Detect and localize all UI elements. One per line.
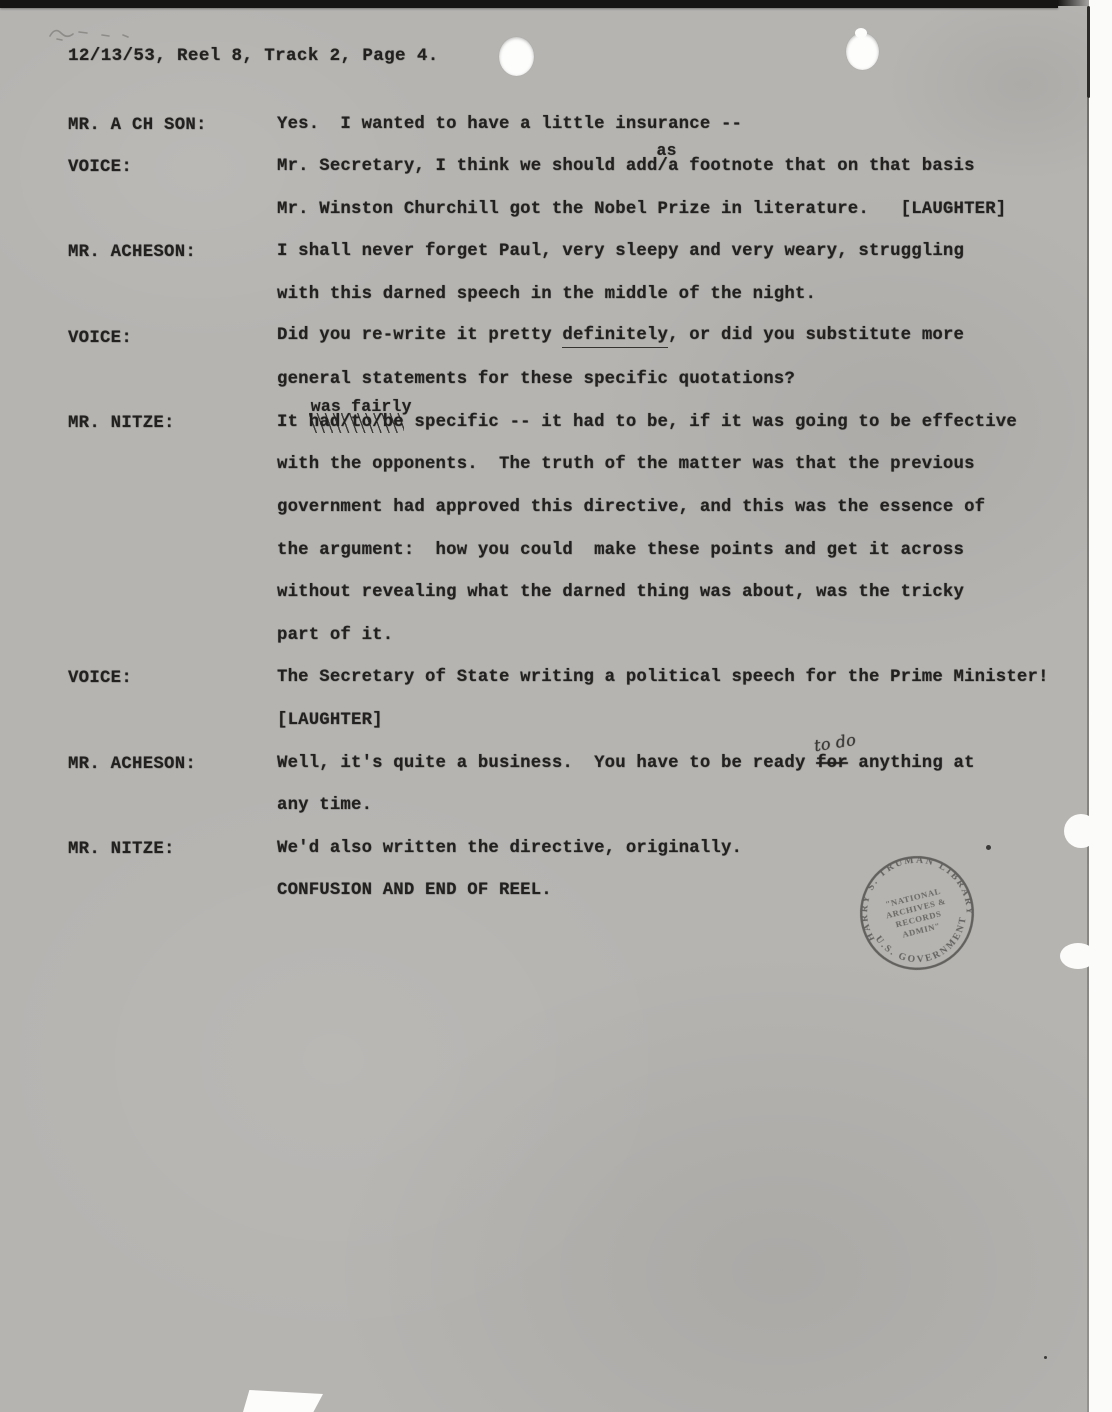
dialogue-line: Yes. I wanted to have a little insurance… xyxy=(277,115,742,135)
transcript-row: without revealing what the darned thing … xyxy=(0,569,1100,612)
ink-speck xyxy=(1044,1356,1047,1359)
dialogue-line: Did you re-write it pretty definitely, o… xyxy=(277,326,964,348)
segment-struck: forto do xyxy=(816,754,848,774)
speaker-label: MR. NITZE: xyxy=(68,840,175,859)
speaker-label: MR. ACHESON: xyxy=(68,755,196,774)
paper-right-edge-dark xyxy=(1087,6,1090,98)
speaker-label: VOICE: xyxy=(68,329,132,348)
hole-punch-right xyxy=(846,33,879,70)
dialogue-line: I shall never forget Paul, very sleepy a… xyxy=(277,242,964,262)
dialogue-line: the argument: how you could make these p… xyxy=(277,541,964,561)
inserted-note: as xyxy=(656,143,676,160)
pencil-mark xyxy=(46,20,166,46)
speaker-label: VOICE: xyxy=(68,669,132,688)
dialogue-line: It had/to/bewas fairly specific -- it ha… xyxy=(277,413,1017,433)
dialogue-line: We'd also written the directive, origina… xyxy=(277,839,742,859)
scan-top-edge-fade xyxy=(1058,0,1092,6)
speaker-label: MR. NITZE: xyxy=(68,414,175,433)
dialogue-line: part of it. xyxy=(277,626,393,646)
dialogue-line: with this darned speech in the middle of… xyxy=(277,285,816,305)
transcript-row: VOICE:Mr. Secretary, I think we should a… xyxy=(0,143,1100,186)
dialogue-line: CONFUSION AND END OF REEL. xyxy=(277,881,552,901)
dialogue-line: Well, it's quite a business. You have to… xyxy=(277,754,975,774)
dialogue-line: general statements for these specific qu… xyxy=(277,370,795,390)
hole-punch-left xyxy=(499,37,534,76)
transcript-row: [LAUGHTER] xyxy=(0,696,1100,739)
page-header: 12/13/53, Reel 8, Track 2, Page 4. xyxy=(68,46,439,66)
transcript-row: with this darned speech in the middle of… xyxy=(0,270,1100,313)
transcript-body: MR. A CH SON:Yes. I wanted to have a lit… xyxy=(0,100,1100,909)
dialogue-line: government had approved this directive, … xyxy=(277,498,985,518)
transcript-row: MR. NITZE:It had/to/bewas fairly specifi… xyxy=(0,398,1100,441)
transcript-row: Mr. Winston Churchill got the Nobel Priz… xyxy=(0,185,1100,228)
segment-slashed: had/to/bewas fairly xyxy=(309,413,404,433)
scanned-transcript-page: 12/13/53, Reel 8, Track 2, Page 4. MR. A… xyxy=(0,0,1112,1412)
torn-edge-notch-bottom xyxy=(243,1390,323,1412)
transcript-row: VOICE:Did you re-write it pretty definit… xyxy=(0,313,1100,356)
speaker-label: MR. A CH SON: xyxy=(68,116,207,135)
segment-annotated: add/aas xyxy=(626,157,679,177)
transcript-row: the argument: how you could make these p… xyxy=(0,526,1100,569)
dialogue-line: without revealing what the darned thing … xyxy=(277,583,964,603)
segment-underline: definitely xyxy=(562,326,668,348)
transcript-row: VOICE:The Secretary of State writing a p… xyxy=(0,654,1100,697)
scan-top-edge xyxy=(0,0,1058,8)
speaker-label: MR. ACHESON: xyxy=(68,243,196,262)
transcript-row: MR. A CH SON:Yes. I wanted to have a lit… xyxy=(0,100,1100,143)
dialogue-line: Mr. Secretary, I think we should add/aas… xyxy=(277,157,975,177)
transcript-row: MR. ACHESON:I shall never forget Paul, v… xyxy=(0,228,1100,271)
speaker-label: VOICE: xyxy=(68,158,132,177)
transcript-row: government had approved this directive, … xyxy=(0,483,1100,526)
transcript-row: any time. xyxy=(0,782,1100,825)
dialogue-line: The Secretary of State writing a politic… xyxy=(277,668,1049,688)
torn-edge-notch-lower xyxy=(1060,943,1096,969)
inserted-note: was fairly xyxy=(311,399,412,416)
transcript-row: MR. ACHESON:Well, it's quite a business.… xyxy=(0,739,1100,782)
transcript-row: part of it. xyxy=(0,611,1100,654)
transcript-row: with the opponents. The truth of the mat… xyxy=(0,441,1100,484)
dialogue-line: with the opponents. The truth of the mat… xyxy=(277,455,975,475)
dialogue-line: Mr. Winston Churchill got the Nobel Priz… xyxy=(277,200,1006,220)
dialogue-line: any time. xyxy=(277,796,372,816)
transcript-row: general statements for these specific qu… xyxy=(0,356,1100,399)
inserted-note: to do xyxy=(813,731,857,753)
dialogue-line: [LAUGHTER] xyxy=(277,711,383,731)
